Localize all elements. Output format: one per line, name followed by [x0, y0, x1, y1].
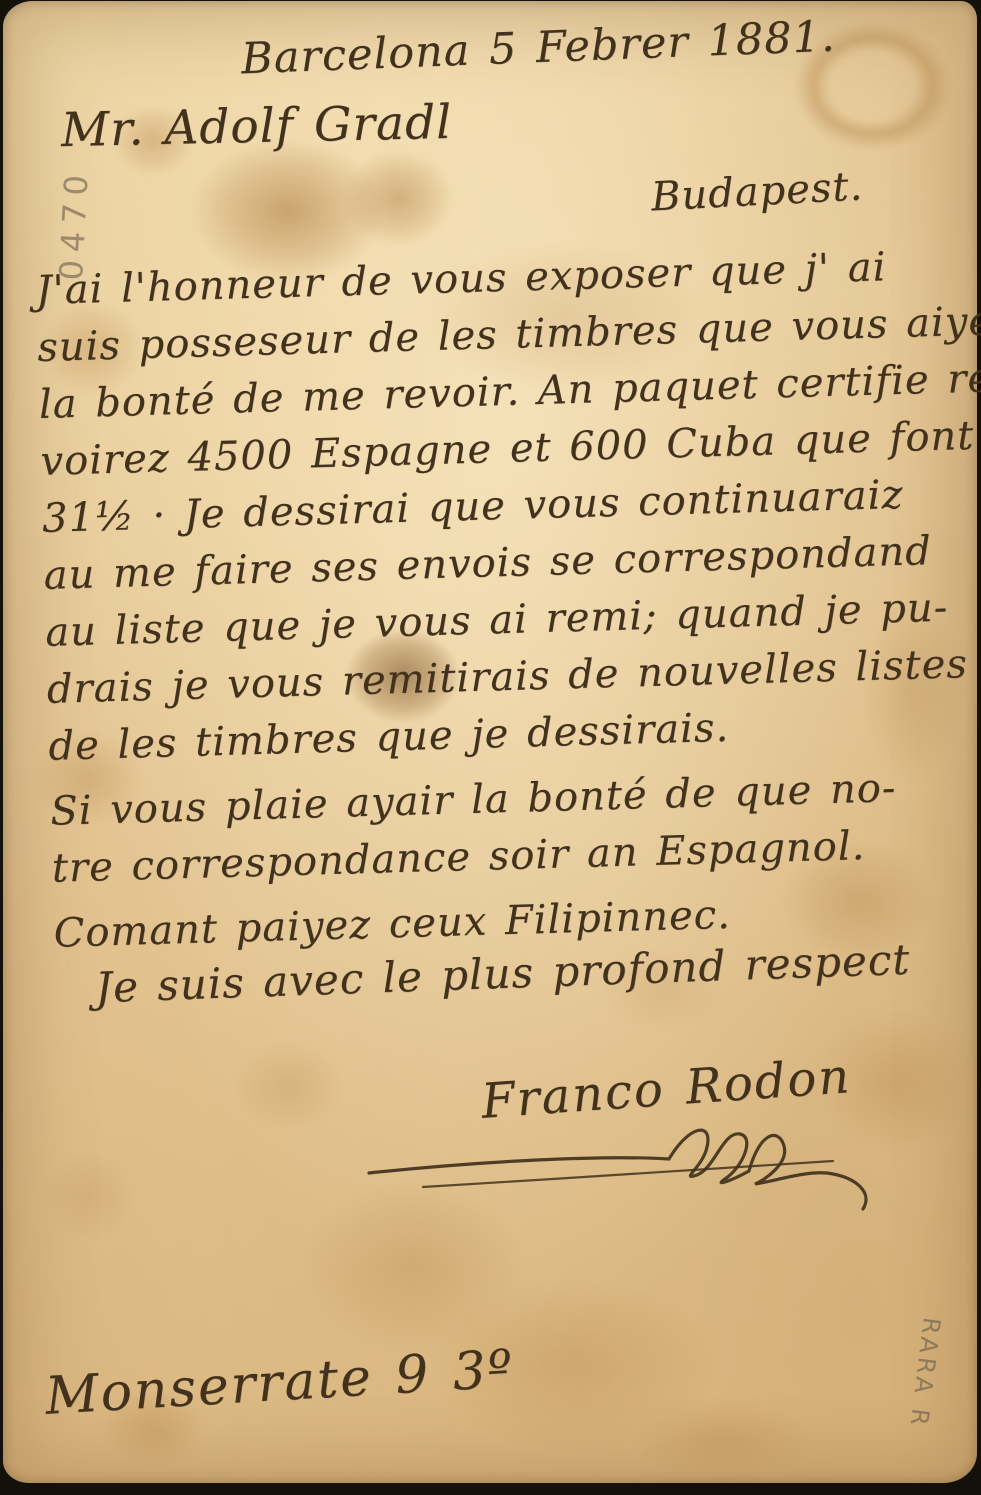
- recipient-city: Budapest.: [650, 163, 864, 220]
- address-line: Monserrate 9 3º: [44, 1339, 516, 1427]
- stain: [633, 1401, 813, 1481]
- stain: [343, 151, 453, 246]
- stain: [43, 1151, 133, 1241]
- recipient-name: Mr. Adolf Gradl: [60, 95, 452, 158]
- dateline: Barcelona 5 Febrer 1881.: [240, 12, 836, 85]
- signature-flourish: [363, 1109, 883, 1219]
- postcard: 0470 RARA R Barcelona 5 Febrer 1881. Mr.…: [3, 1, 977, 1483]
- stain: [233, 1041, 343, 1131]
- scan-background: { "colors": { "scan_background": "#14100…: [0, 0, 981, 1495]
- pencil-mark-bottom-right: RARA R: [904, 1316, 946, 1431]
- letter-body: J'ai l'honneur de vous exposer que j' ai…: [35, 237, 981, 963]
